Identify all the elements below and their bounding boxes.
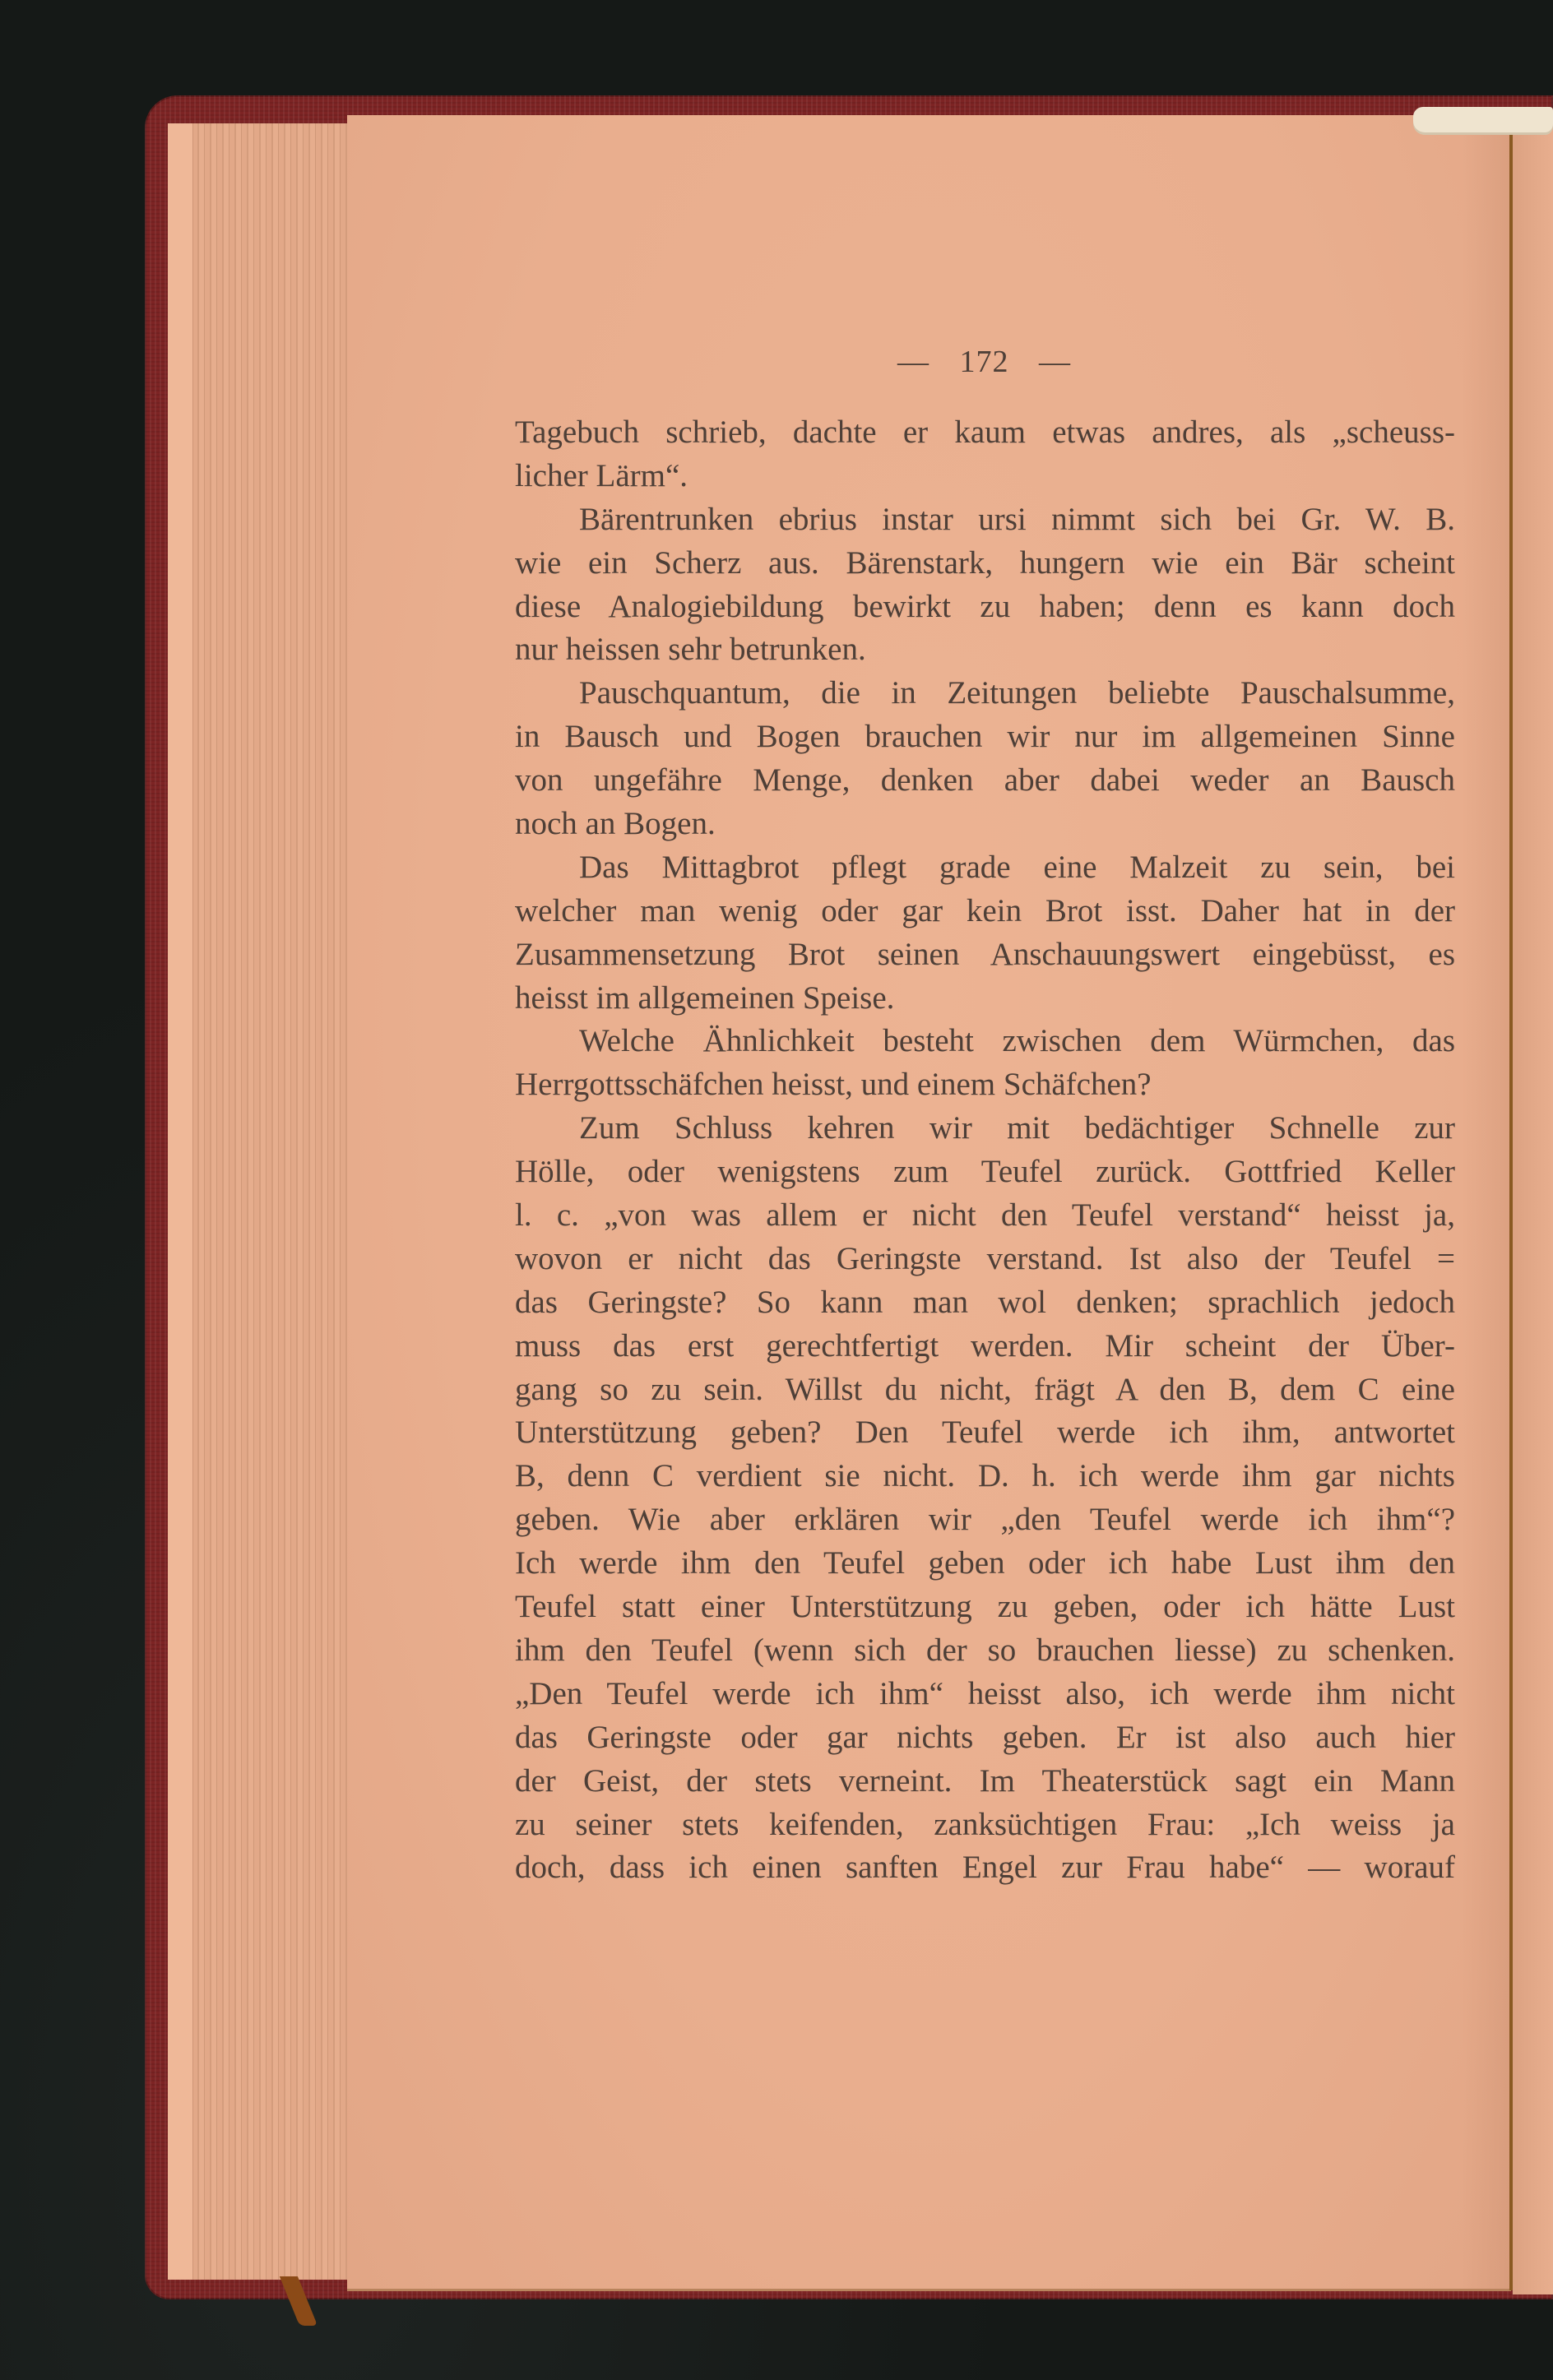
page-stack-edge (168, 123, 350, 2280)
text-line: heisst im allgemeinen Speise. (515, 977, 1455, 1021)
page-number: — 172 — (514, 344, 1454, 380)
text-line: Teufel statt einer Unterstützung zu gebe… (515, 1586, 1455, 1629)
text-line: Das Mittagbrot pflegt grade eine Malzeit… (515, 846, 1455, 890)
facing-page-edge (1513, 123, 1553, 2294)
text-line: Unterstützung geben? Den Teufel werde ic… (515, 1411, 1455, 1455)
text-line: diese Analogiebildung bewirkt zu haben; … (515, 586, 1455, 629)
text-line: das Geringste oder gar nichts geben. Er … (515, 1716, 1455, 1760)
text-line: Tagebuch schrieb, dachte er kaum etwas a… (515, 411, 1455, 455)
text-line: ihm den Teufel (wenn sich der so brauche… (515, 1629, 1455, 1673)
text-line: von ungefähre Menge, denken aber dabei w… (515, 759, 1455, 803)
text-line: wovon er nicht das Geringste verstand. I… (515, 1238, 1455, 1281)
text-line: B, denn C verdient sie nicht. D. h. ich … (515, 1455, 1455, 1498)
text-line: muss das erst gerechtfertigt werden. Mir… (515, 1325, 1455, 1368)
text-line: das Geringste? So kann man wol denken; s… (515, 1281, 1455, 1325)
text-line: nur heissen sehr betrunken. (515, 628, 1455, 672)
text-line: gang so zu sein. Willst du nicht, frägt … (515, 1368, 1455, 1412)
text-line: Zusammensetzung Brot seinen Anschauungsw… (515, 933, 1455, 977)
text-line: Zum Schluss kehren wir mit bedächtiger S… (515, 1107, 1455, 1151)
text-line: Welche Ähnlichkeit besteht zwischen dem … (515, 1020, 1455, 1063)
text-line: wie ein Scherz aus. Bärenstark, hungern … (515, 542, 1455, 586)
text-line: noch an Bogen. (515, 803, 1455, 846)
text-line: Bärentrunken ebrius instar ursi nimmt si… (515, 498, 1455, 542)
bookmark-ribbon-top (1413, 107, 1553, 135)
text-line: licher Lärm“. (515, 455, 1455, 498)
page-gutter-line (1509, 132, 1513, 2290)
text-line: doch, dass ich einen sanften Engel zur F… (515, 1846, 1455, 1890)
text-line: Pauschquantum, die in Zeitungen beliebte… (515, 672, 1455, 715)
text-line: in Bausch und Bogen brauchen wir nur im … (515, 715, 1455, 759)
text-line: der Geist, der stets verneint. Im Theate… (515, 1760, 1455, 1804)
text-line: l. c. „von was allem er nicht den Teufel… (515, 1194, 1455, 1238)
text-line: welcher man wenig oder gar kein Brot iss… (515, 890, 1455, 933)
text-line: Ich werde ihm den Teufel geben oder ich … (515, 1542, 1455, 1586)
body-text: Tagebuch schrieb, dachte er kaum etwas a… (515, 411, 1455, 1890)
text-line: Herrgottsschäfchen heisst, und einem Sch… (515, 1063, 1455, 1107)
text-line: „Den Teufel werde ich ihm“ heisst also, … (515, 1673, 1455, 1716)
text-line: geben. Wie aber erklären wir „den Teufel… (515, 1498, 1455, 1542)
text-line: zu seiner stets keifenden, zanksüchtigen… (515, 1804, 1455, 1847)
text-line: Hölle, oder wenigstens zum Teufel zurück… (515, 1151, 1455, 1194)
